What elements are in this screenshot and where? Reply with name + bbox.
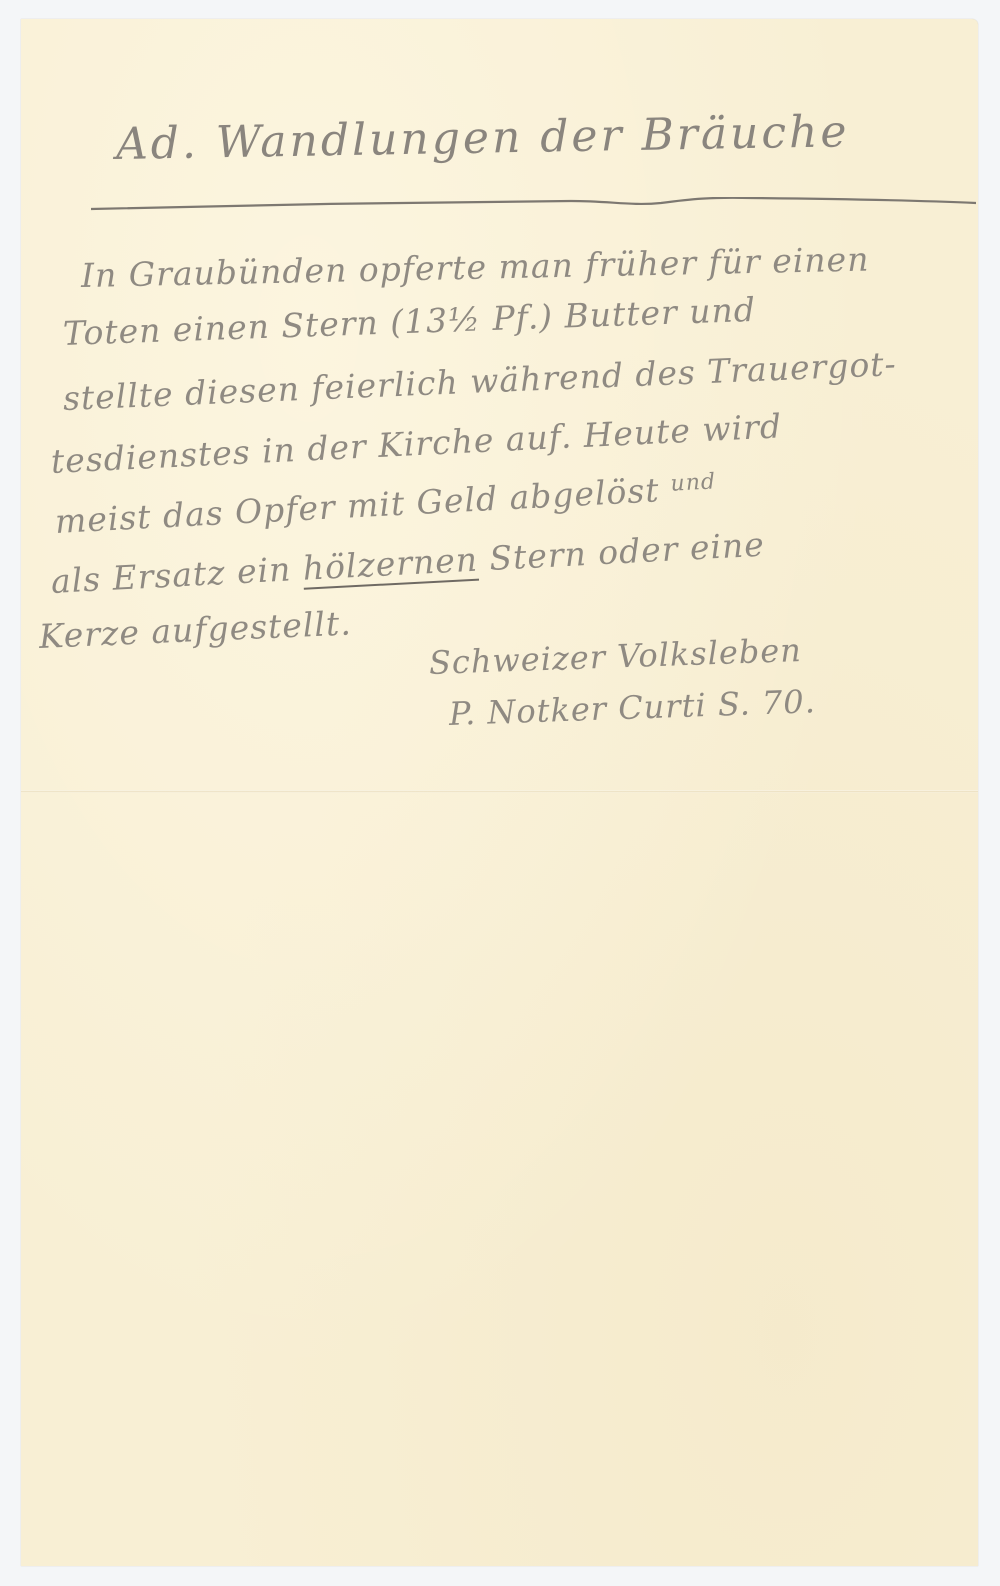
body-line-5-text: meist das Opfer mit Geld abgelöst bbox=[54, 470, 660, 541]
body-line-5: meist das Opfer mit Geld abgelöst und bbox=[54, 467, 717, 541]
inserted-word: und bbox=[670, 469, 717, 496]
body-line-1: In Graubünden opferte man früher für ein… bbox=[81, 239, 870, 295]
body-line-7: Kerze aufgestellt. bbox=[38, 603, 352, 656]
paper-fold-crease bbox=[21, 790, 978, 793]
citation-source: Schweizer Volksleben bbox=[428, 631, 802, 682]
note-title: Ad. Wandlungen der Bräuche bbox=[116, 106, 850, 170]
body-line-6-end: Stern oder eine bbox=[488, 525, 765, 578]
body-line-2: Toten einen Stern (13½ Pf.) Butter und bbox=[62, 290, 756, 353]
body-line-6: als Ersatz ein hölzernen Stern oder eine bbox=[50, 525, 766, 601]
citation-author-page: P. Notker Curti S. 70. bbox=[448, 682, 816, 733]
paper-sheet: Ad. Wandlungen der Bräuche In Graubünden… bbox=[21, 19, 978, 1566]
body-line-6-start: als Ersatz ein bbox=[50, 549, 292, 601]
title-underline-stroke bbox=[91, 197, 976, 211]
underlined-word: hölzernen bbox=[302, 540, 479, 588]
